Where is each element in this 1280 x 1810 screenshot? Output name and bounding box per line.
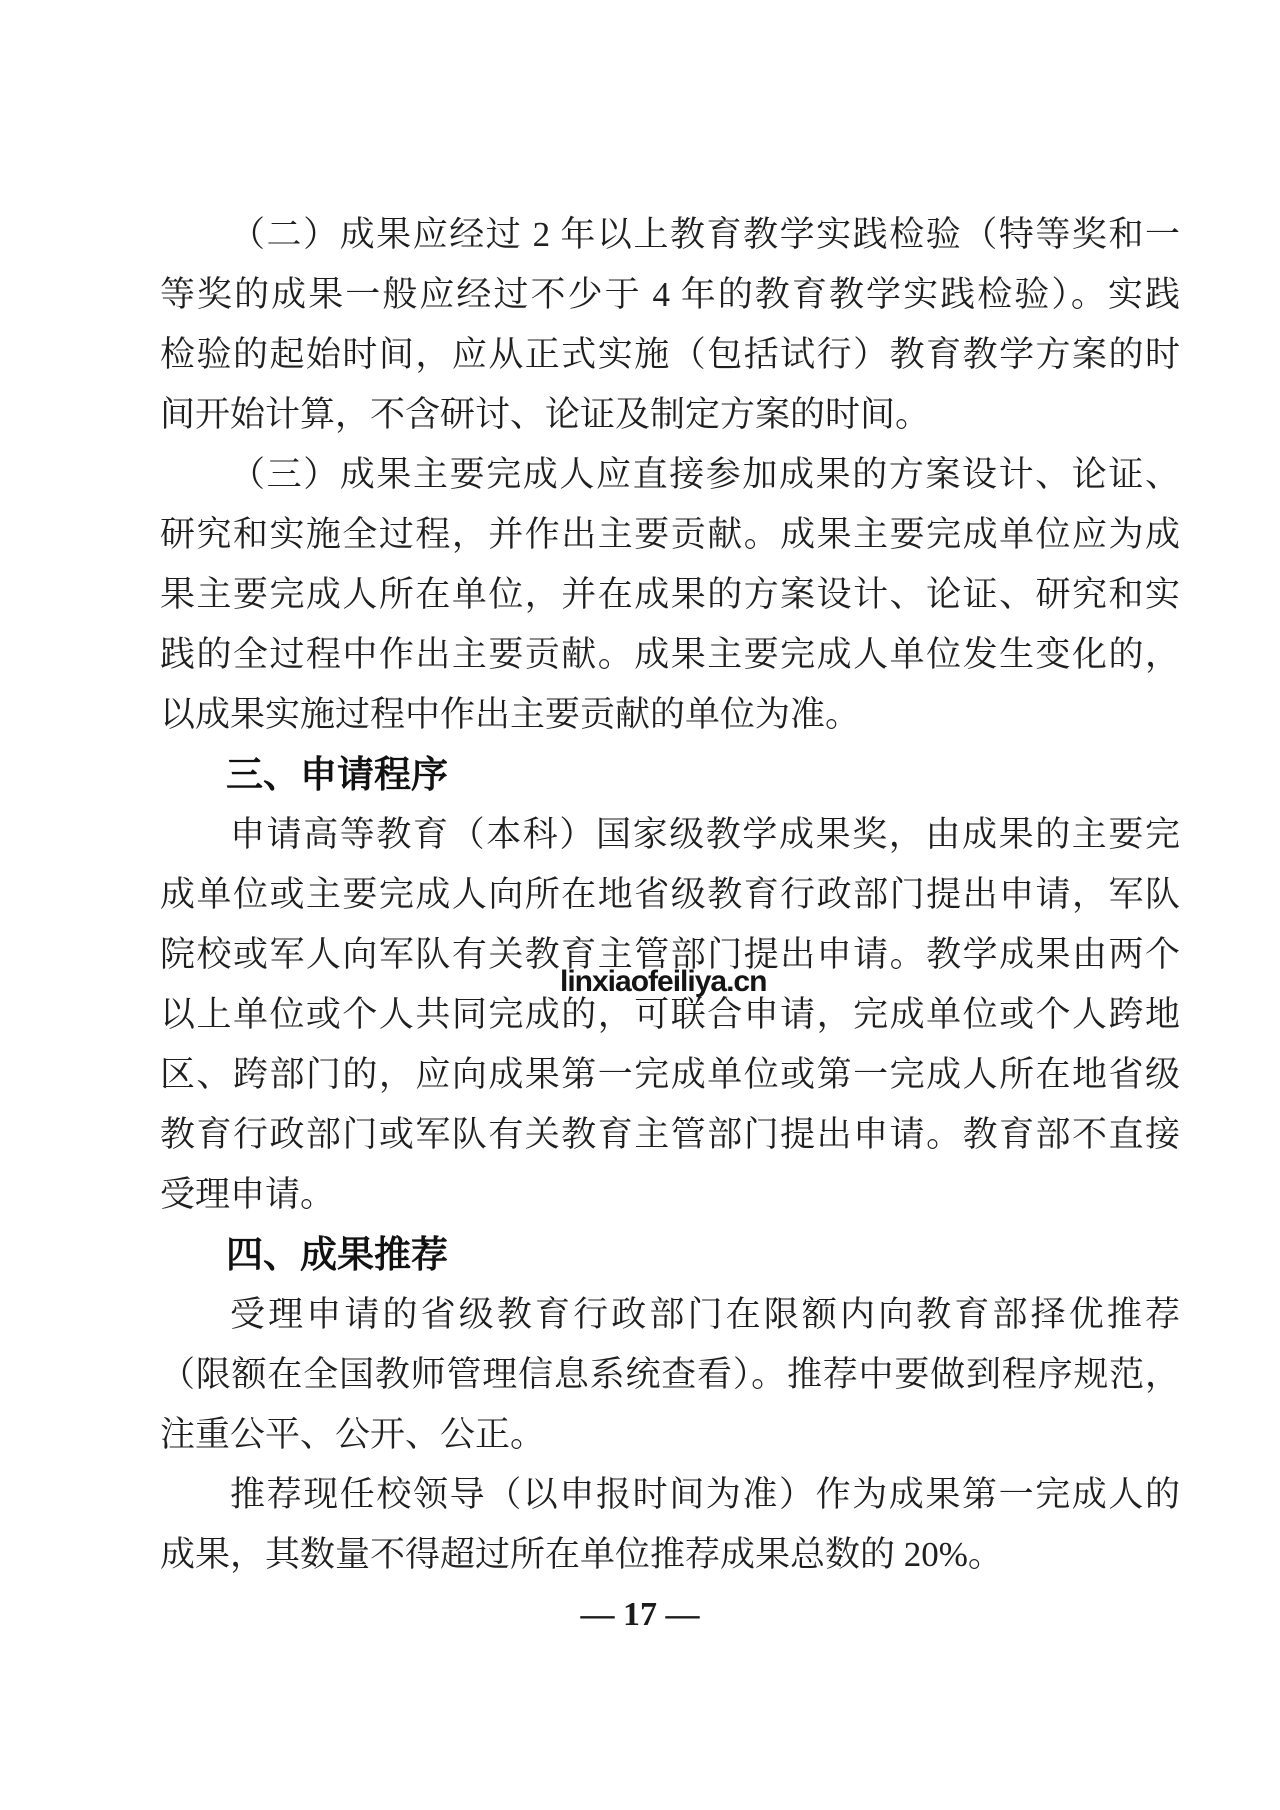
text-line: （三）成果主要完成人应直接参加成果的方案设计、论证、 [160,445,1180,505]
page-number: — 17 — [0,1585,1280,1645]
text-line: 注重公平、公开、公正。 [160,1405,1180,1465]
text-line: 推荐现任校领导（以申报时间为准）作为成果第一完成人的 [160,1465,1180,1525]
text-line: 受理申请。 [160,1165,1180,1225]
text-line: 研究和实施全过程，并作出主要贡献。成果主要完成单位应为成 [160,505,1180,565]
text-line: 以成果实施过程中作出主要贡献的单位为准。 [160,685,1180,745]
document-page: （二）成果应经过 2 年以上教育教学实践检验（特等奖和一等奖的成果一般应经过不少… [0,0,1280,1810]
text-line: 区、跨部门的，应向成果第一完成单位或第一完成人所在地省级 [160,1045,1180,1105]
text-line: （限额在全国教师管理信息系统查看）。推荐中要做到程序规范， [160,1345,1180,1405]
text-line: 申请高等教育（本科）国家级教学成果奖，由成果的主要完 [160,805,1180,865]
section-heading: 四、成果推荐 [160,1225,1180,1285]
text-line: 教育行政部门或军队有关教育主管部门提出申请。教育部不直接 [160,1105,1180,1165]
text-line: 成单位或主要完成人向所在地省级教育行政部门提出申请，军队 [160,865,1180,925]
text-column: （二）成果应经过 2 年以上教育教学实践检验（特等奖和一等奖的成果一般应经过不少… [160,205,1180,1585]
text-line: 成果，其数量不得超过所在单位推荐成果总数的 20%。 [160,1525,1180,1585]
watermark-text: linxiaofeiliya.cn [560,964,766,999]
text-line: 践的全过程中作出主要贡献。成果主要完成人单位发生变化的， [160,625,1180,685]
text-line: 等奖的成果一般应经过不少于 4 年的教育教学实践检验）。实践 [160,265,1180,325]
text-line: 果主要完成人所在单位，并在成果的方案设计、论证、研究和实 [160,565,1180,625]
text-line: 间开始计算，不含研讨、论证及制定方案的时间。 [160,385,1180,445]
section-heading: 三、申请程序 [160,745,1180,805]
text-line: （二）成果应经过 2 年以上教育教学实践检验（特等奖和一 [160,205,1180,265]
text-line: 检验的起始时间，应从正式实施（包括试行）教育教学方案的时 [160,325,1180,385]
text-line: 受理申请的省级教育行政部门在限额内向教育部择优推荐 [160,1285,1180,1345]
